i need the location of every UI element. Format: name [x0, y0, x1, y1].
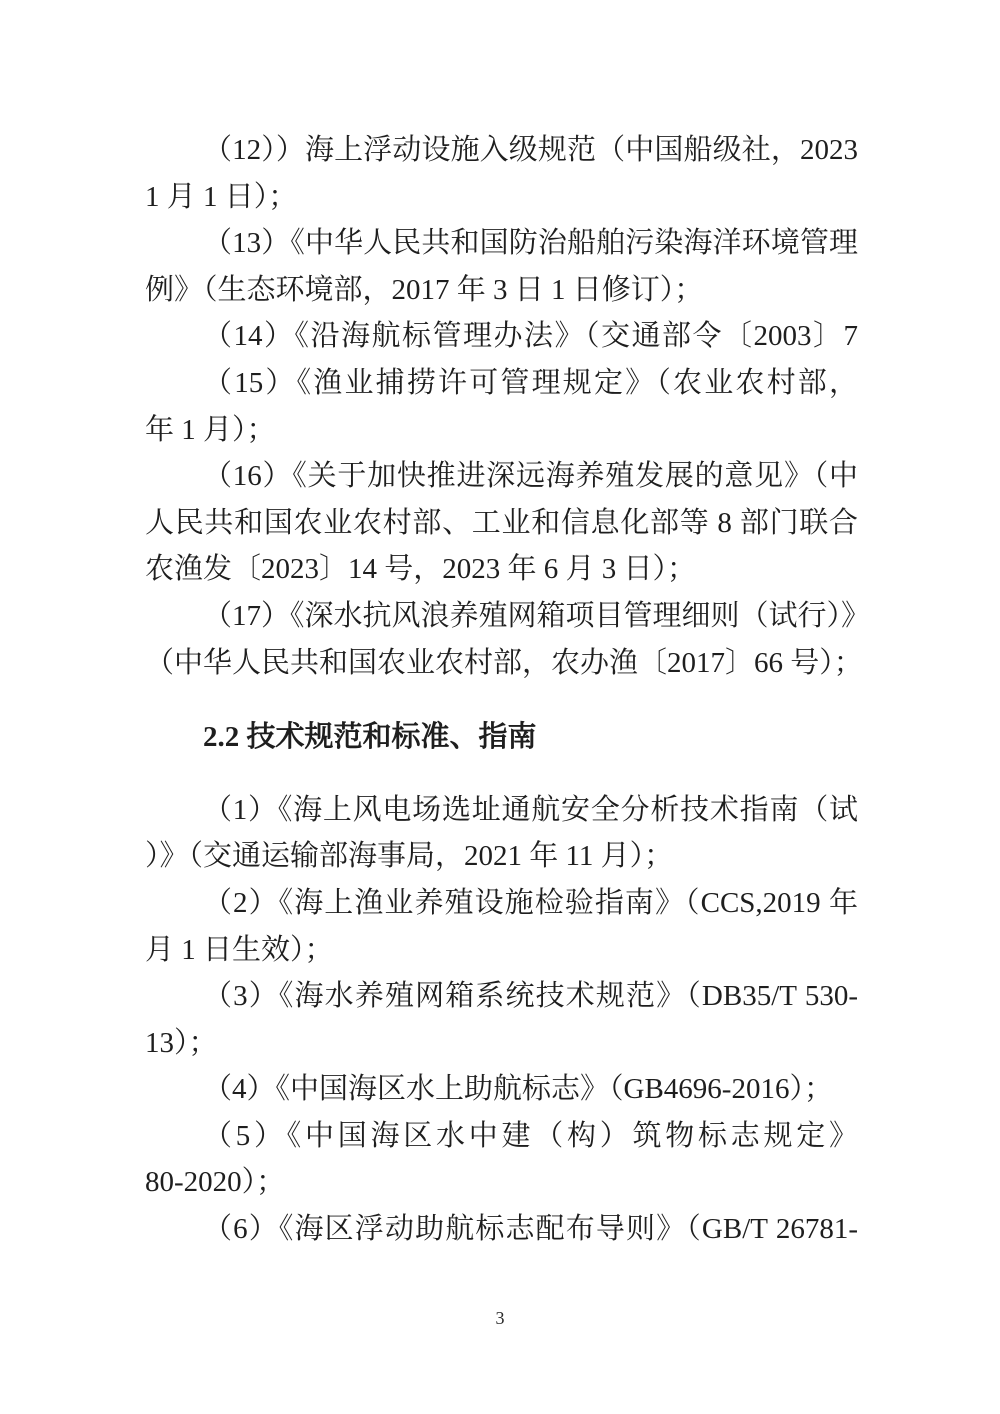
- list-item-13-line-1: （13）《中华人民共和国防治船舶污染海洋环境管理条: [145, 220, 858, 267]
- list-item-2-line-1: （2）《海上渔业养殖设施检验指南》（CCS,2019 年 8: [145, 880, 858, 927]
- reference-list-laws: （12））海上浮动设施入级规范（中国船级社，2023 年 1 月 1 日）； （…: [145, 127, 858, 686]
- list-item-15-line-1: （15）《渔业捕捞许可管理规定》（农业农村部，2022: [145, 360, 858, 407]
- list-item-17-line-1: （17）《深水抗风浪养殖网箱项目管理细则（试行）》: [145, 593, 858, 640]
- list-item-3-line-2: 13）；: [145, 1020, 858, 1067]
- list-item-16-line-2: 人民共和国农业农村部、工业和信息化部等 8 部门联合印发，: [145, 500, 858, 547]
- list-item-6-line-1: （6）《海区浮动助航标志配布导则》（GB/T 26781-20: [145, 1206, 858, 1253]
- list-item-12-line-1: （12））海上浮动设施入级规范（中国船级社，2023 年: [145, 127, 858, 174]
- list-item-5-line-1: （5）《中国海区水中建（构）筑物标志规定》（GB173: [145, 1113, 858, 1160]
- list-item-1-line-2: ）》（交通运输部海事局，2021 年 11 月）；: [145, 833, 858, 880]
- list-item-16-line-3: 农渔发〔2023〕14 号，2023 年 6 月 3 日）；: [145, 546, 858, 593]
- list-item-13-line-2: 例》（生态环境部，2017 年 3 日 1 日修订）；: [145, 267, 858, 314]
- list-item-4-line-1: （4）《中国海区水上助航标志》（GB4696-2016）；: [145, 1066, 858, 1113]
- list-item-1-line-1: （1）《海上风电场选址通航安全分析技术指南（试行: [145, 787, 858, 834]
- list-item-14-line-1: （14）《沿海航标管理办法》（交通部令〔2003〕7 号);: [145, 313, 858, 360]
- section-heading-2-2: 2.2 技术规范和标准、指南: [145, 714, 858, 761]
- reference-list-standards: （1）《海上风电场选址通航安全分析技术指南（试行 ）》（交通运输部海事局，202…: [145, 787, 858, 1253]
- page-number: 3: [0, 1303, 1000, 1333]
- list-item-3-line-1: （3）《海水养殖网箱系统技术规范》（DB35/T 530-20: [145, 973, 858, 1020]
- list-item-17-line-2: （中华人民共和国农业农村部，农办渔〔2017〕66 号）；: [145, 640, 858, 687]
- list-item-16-line-1: （16）《关于加快推进深远海养殖发展的意见》（中华: [145, 453, 858, 500]
- list-item-15-line-2: 年 1 月）；: [145, 407, 858, 454]
- document-body: （12））海上浮动设施入级规范（中国船级社，2023 年 1 月 1 日）； （…: [145, 127, 858, 1253]
- list-item-5-line-2: 80-2020）；: [145, 1159, 858, 1206]
- list-item-12-line-2: 1 月 1 日）；: [145, 174, 858, 221]
- list-item-2-line-2: 月 1 日生效）；: [145, 927, 858, 974]
